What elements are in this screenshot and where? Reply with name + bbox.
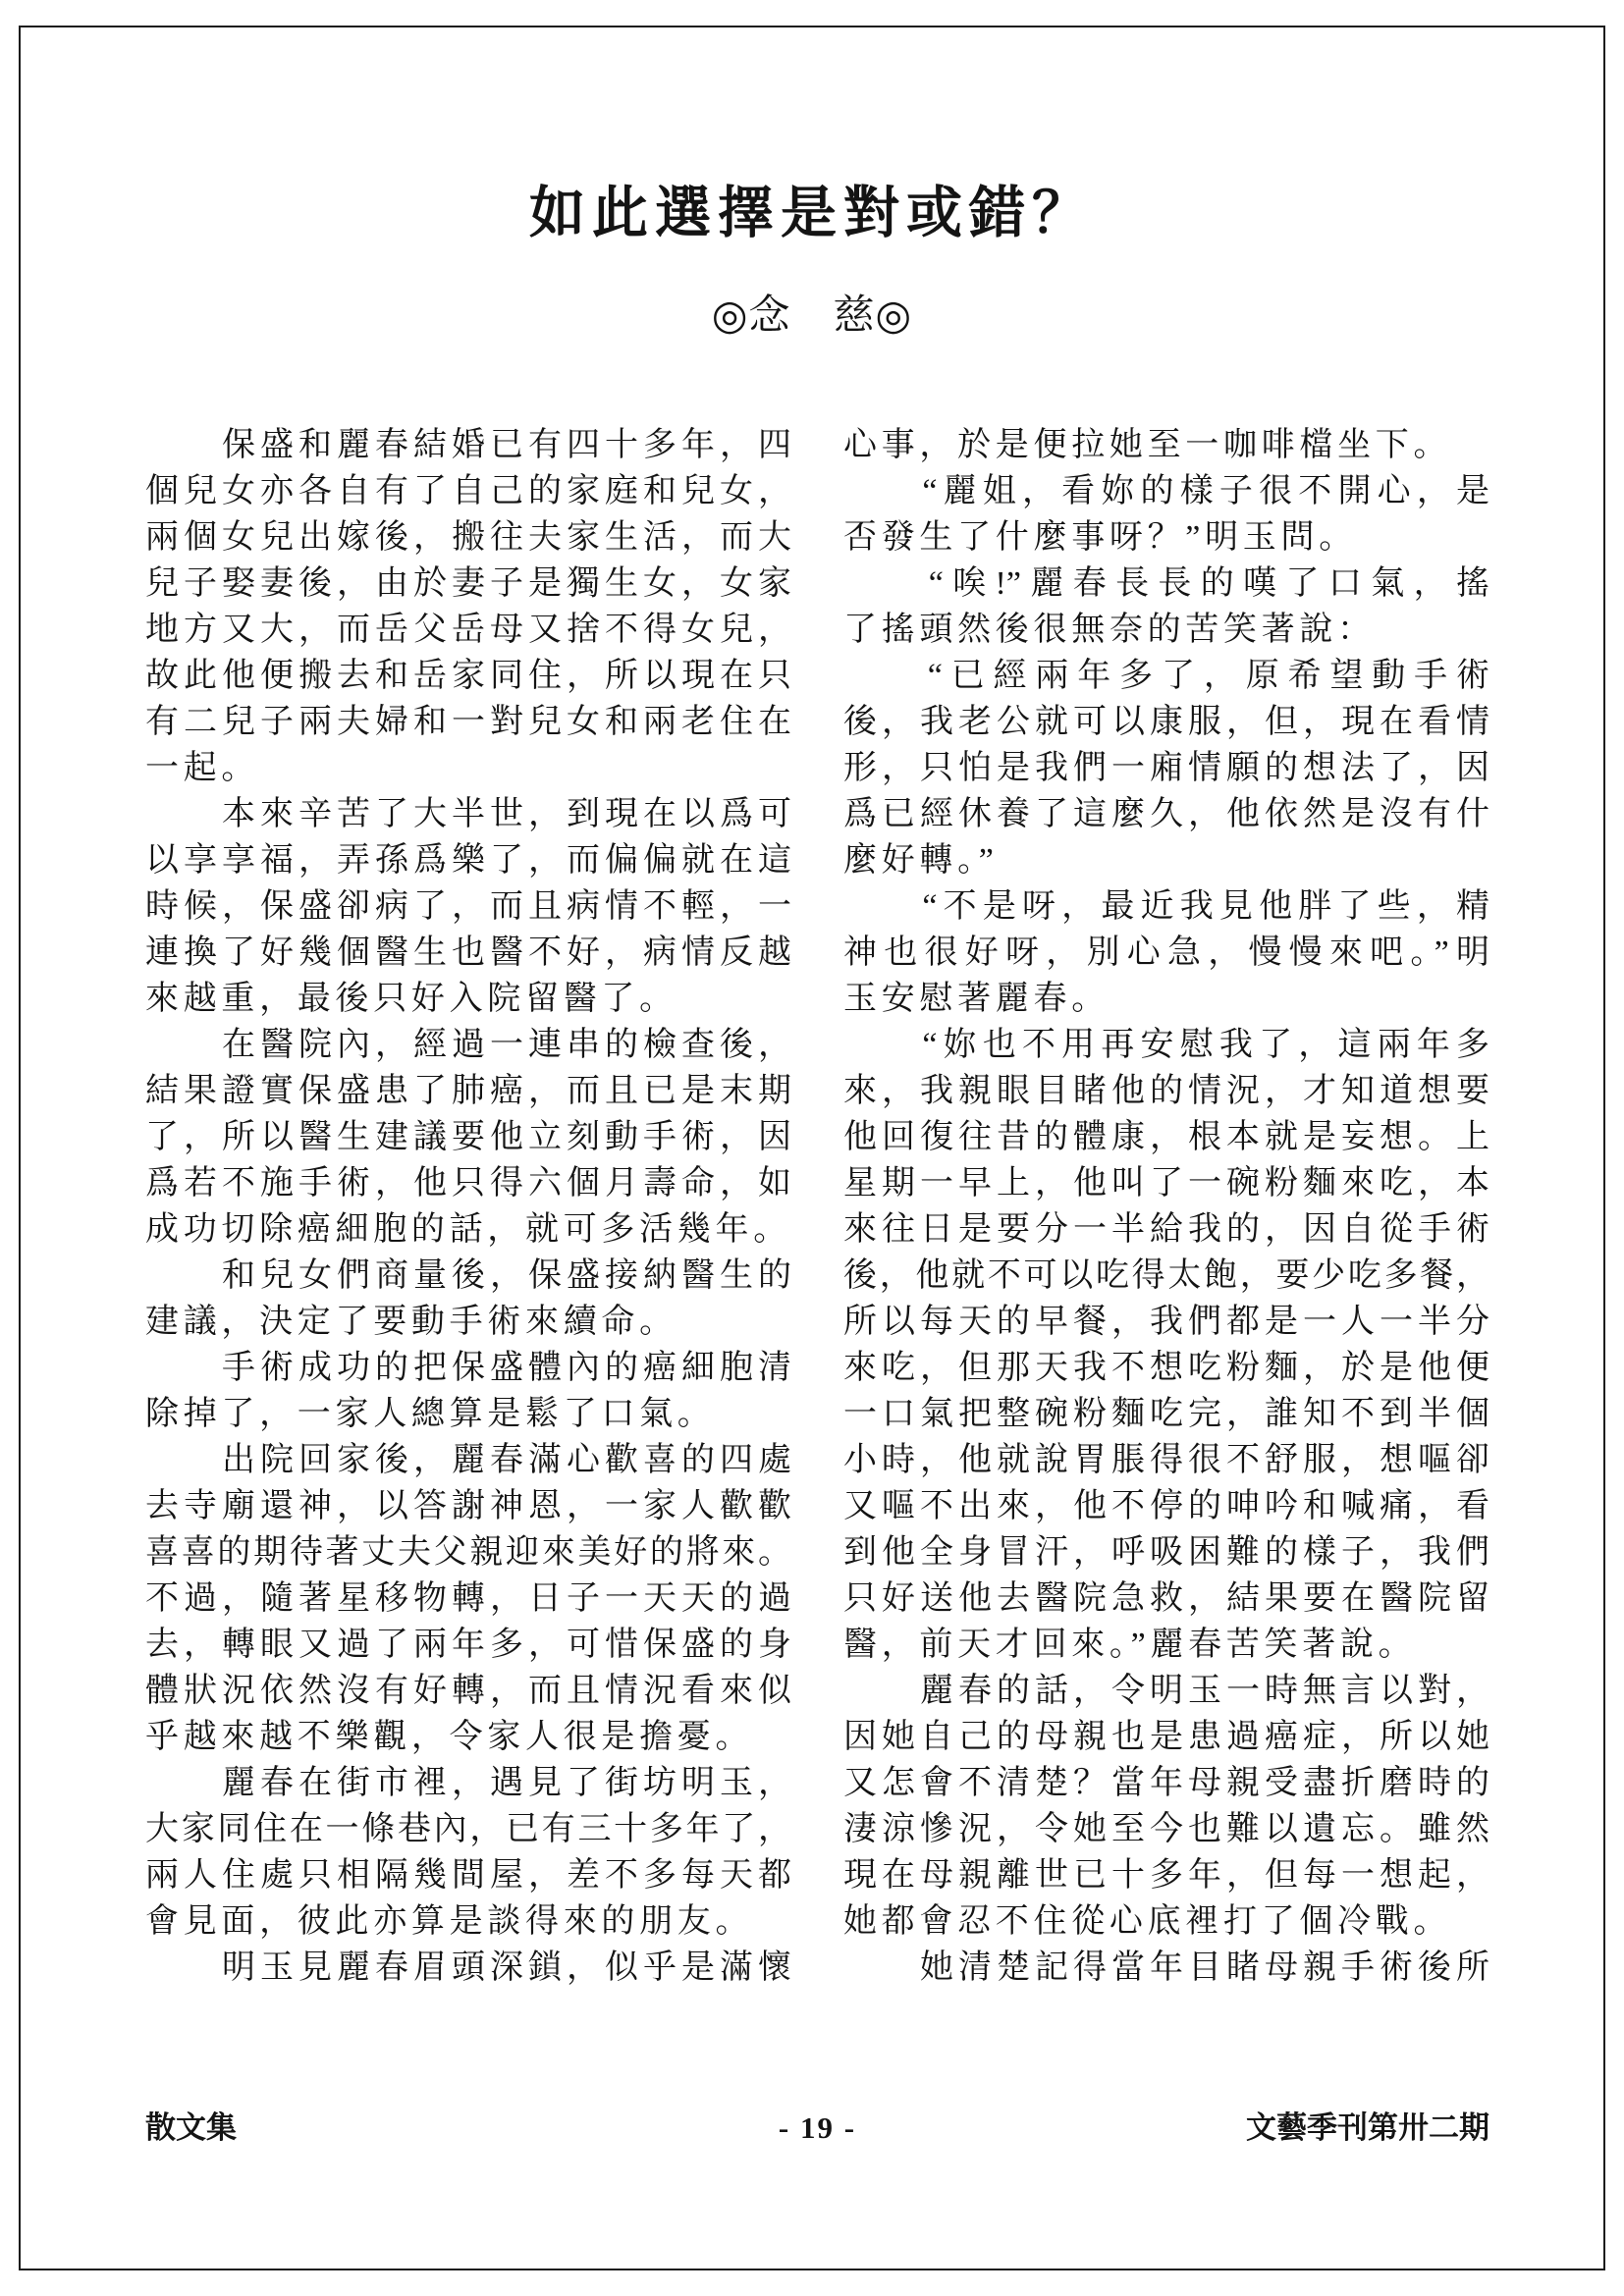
text-line: 了，所以醫生建議要他立刻動手術，因: [145, 1114, 791, 1160]
text-line: 她清楚記得當年目睹母親手術後所: [843, 1945, 1489, 1991]
text-line: “唉!”麗春長長的嘆了口氣，搖: [843, 561, 1489, 607]
text-line: 保盛和麗春結婚已有四十多年，四: [145, 422, 791, 468]
text-line: “妳也不用再安慰我了，這兩年多: [843, 1022, 1489, 1068]
text-line: 又怎會不清楚？當年母親受盡折磨時的: [843, 1760, 1489, 1806]
text-line: 醫，前天才回來。”麗春苦笑著說。: [843, 1622, 1489, 1668]
text-line: 麗春的話，令明玉一時無言以對，: [843, 1668, 1489, 1714]
text-line: 去寺廟還神，以答謝神恩，一家人歡歡: [145, 1483, 791, 1529]
footer-journal-issue: 文藝季刊第卅二期: [1246, 2107, 1489, 2150]
text-line: 一起。: [145, 745, 791, 791]
text-line: 了搖頭然後很無奈的苦笑著說：: [843, 607, 1489, 653]
text-line: 結果證實保盛患了肺癌，而且已是末期: [145, 1068, 791, 1114]
text-line: 來越重，最後只好入院留醫了。: [145, 976, 791, 1022]
text-line: 喜喜的期待著丈夫父親迎來美好的將來。: [145, 1529, 791, 1575]
text-line: 來，我親眼目睹他的情況，才知道想要: [843, 1068, 1489, 1114]
text-line: 玉安慰著麗春。: [843, 976, 1489, 1022]
text-line: 個兒女亦各自有了自己的家庭和兒女，: [145, 468, 791, 514]
text-line: 麗春在街市裡，遇見了街坊明玉，: [145, 1760, 791, 1806]
page-footer: 散文集 - 19 - 文藝季刊第卅二期: [145, 2107, 1489, 2150]
text-line: 所以每天的早餐，我們都是一人一半分: [843, 1299, 1489, 1345]
text-line: 不過，隨著星移物轉，日子一天天的過: [145, 1575, 791, 1622]
text-line: 小時，他就說胃脹得很不舒服，想嘔卻: [843, 1437, 1489, 1483]
text-line: 除掉了，一家人總算是鬆了口氣。: [145, 1391, 791, 1437]
text-line: 和兒女們商量後，保盛接納醫生的: [145, 1253, 791, 1299]
text-line: 在醫院內，經過一連串的檢查後，: [145, 1022, 791, 1068]
text-line: 爲已經休養了這麼久，他依然是沒有什: [843, 791, 1489, 837]
text-line: 明玉見麗春眉頭深鎖，似乎是滿懷: [145, 1945, 791, 1991]
text-line: 成功切除癌細胞的話，就可多活幾年。: [145, 1206, 791, 1253]
text-line: 到他全身冒汗，呼吸困難的樣子，我們: [843, 1529, 1489, 1575]
text-line: 有二兒子兩夫婦和一對兒女和兩老住在: [145, 699, 791, 745]
text-line: 建議，決定了要動手術來續命。: [145, 1299, 791, 1345]
column-right: 心事，於是便拉她至一咖啡檔坐下。 “麗姐，看妳的樣子很不開心，是否發生了什麼事呀…: [843, 422, 1489, 1991]
text-line: “已經兩年多了，原希望動手術: [843, 653, 1489, 699]
text-line: 爲若不施手術，他只得六個月壽命，如: [145, 1160, 791, 1206]
article-body: 保盛和麗春結婚已有四十多年，四個兒女亦各自有了自己的家庭和兒女，兩個女兒出嫁後，…: [145, 422, 1489, 1991]
article-author: ◎念 慈◎: [0, 291, 1624, 342]
text-line: 手術成功的把保盛體內的癌細胞清: [145, 1345, 791, 1391]
text-line: 去，轉眼又過了兩年多，可惜保盛的身: [145, 1622, 791, 1668]
text-line: 只好送他去醫院急救，結果要在醫院留: [843, 1575, 1489, 1622]
text-line: 來吃，但那天我不想吃粉麵，於是他便: [843, 1345, 1489, 1391]
text-line: 後，我老公就可以康服，但，現在看情: [843, 699, 1489, 745]
text-line: 連換了好幾個醫生也醫不好，病情反越: [145, 930, 791, 976]
text-line: 會見面，彼此亦算是談得來的朋友。: [145, 1898, 791, 1945]
text-line: 體狀況依然沒有好轉，而且情況看來似: [145, 1668, 791, 1714]
text-line: 形，只怕是我們一廂情願的想法了，因: [843, 745, 1489, 791]
text-line: 一口氣把整碗粉麵吃完，誰知不到半個: [843, 1391, 1489, 1437]
text-line: “麗姐，看妳的樣子很不開心，是: [843, 468, 1489, 514]
text-line: 淒涼慘況，令她至今也難以遺忘。雖然: [843, 1806, 1489, 1852]
text-line: 時候，保盛卻病了，而且病情不輕，一: [145, 883, 791, 930]
footer-section-title: 散文集: [145, 2107, 237, 2150]
text-line: 心事，於是便拉她至一咖啡檔坐下。: [843, 422, 1489, 468]
text-line: 來往日是要分一半給我的，因自從手術: [843, 1206, 1489, 1253]
text-line: 否發生了什麼事呀？”明玉問。: [843, 514, 1489, 561]
text-line: 出院回家後，麗春滿心歡喜的四處: [145, 1437, 791, 1483]
text-line: 本來辛苦了大半世，到現在以爲可: [145, 791, 791, 837]
column-left: 保盛和麗春結婚已有四十多年，四個兒女亦各自有了自己的家庭和兒女，兩個女兒出嫁後，…: [145, 422, 791, 1991]
text-line: 兒子娶妻後，由於妻子是獨生女，女家: [145, 561, 791, 607]
text-line: 兩個女兒出嫁後，搬往夫家生活，而大: [145, 514, 791, 561]
text-line: 麼好轉。”: [843, 837, 1489, 883]
text-line: 她都會忍不住從心底裡打了個冷戰。: [843, 1898, 1489, 1945]
text-line: 現在母親離世已十多年，但每一想起，: [843, 1852, 1489, 1898]
footer-page-number: - 19 -: [779, 2107, 856, 2150]
text-line: 又嘔不出來，他不停的呻吟和喊痛，看: [843, 1483, 1489, 1529]
text-line: 以享享福，弄孫爲樂了，而偏偏就在這: [145, 837, 791, 883]
text-line: 神也很好呀，別心急，慢慢來吧。”明: [843, 930, 1489, 976]
text-line: 因她自己的母親也是患過癌症，所以她: [843, 1714, 1489, 1760]
text-line: 後，他就不可以吃得太飽，要少吃多餐，: [843, 1253, 1489, 1299]
text-line: 星期一早上，他叫了一碗粉麵來吃，本: [843, 1160, 1489, 1206]
article-title: 如此選擇是對或錯？: [0, 179, 1624, 249]
text-line: 故此他便搬去和岳家同住，所以現在只: [145, 653, 791, 699]
magazine-page: 如此選擇是對或錯？ ◎念 慈◎ 保盛和麗春結婚已有四十多年，四個兒女亦各自有了自…: [0, 0, 1624, 2296]
text-line: 乎越來越不樂觀，令家人很是擔憂。: [145, 1714, 791, 1760]
text-line: 大家同住在一條巷內，已有三十多年了，: [145, 1806, 791, 1852]
text-line: “不是呀，最近我見他胖了些，精: [843, 883, 1489, 930]
text-line: 兩人住處只相隔幾間屋，差不多每天都: [145, 1852, 791, 1898]
text-line: 地方又大，而岳父岳母又捨不得女兒，: [145, 607, 791, 653]
text-line: 他回復往昔的體康，根本就是妄想。上: [843, 1114, 1489, 1160]
